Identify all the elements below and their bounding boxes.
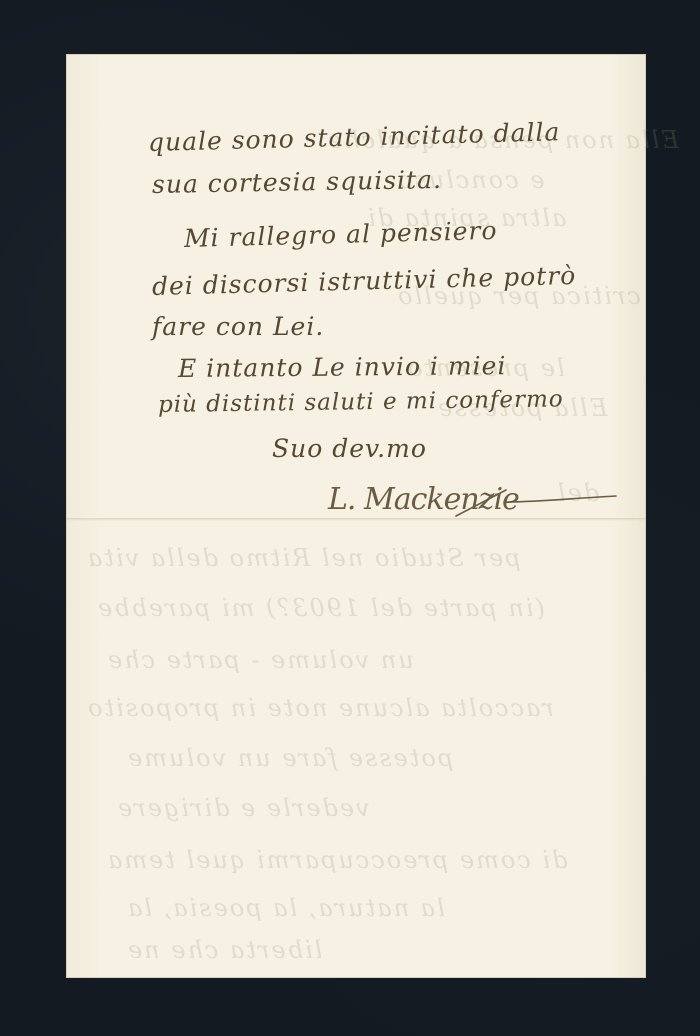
bleed-through-line: di come preoccuparmi quel tema	[106, 846, 567, 874]
bleed-through-line: la natura, la poesia, la	[126, 894, 445, 922]
bleed-through-line: per Studio nel Ritmo della vita	[86, 544, 521, 572]
letter-line: Suo dev.mo	[272, 434, 427, 463]
bleed-through-line: un volume - parte che	[106, 646, 414, 674]
bleed-through-line: potesse fare un volume	[126, 744, 453, 772]
bleed-through-line: liberta che ne	[126, 936, 322, 964]
letter-page: Ella non pensa a qualche e concluso altr…	[66, 54, 646, 978]
signature-flourish	[446, 484, 626, 524]
bleed-through-line: (in parte del 1903?) mi parebbe	[96, 594, 545, 622]
letter-line: Mi rallegro al pensiero	[184, 216, 498, 253]
letter-line: E intanto Le invio i miei	[178, 351, 507, 383]
bleed-through-line: vederle e dirigere	[116, 794, 370, 822]
letter-line: fare con Lei.	[152, 312, 324, 341]
bleed-through-line: raccolta alcune note in proposito	[86, 694, 554, 722]
letter-line: sua cortesia squisita.	[152, 165, 442, 199]
